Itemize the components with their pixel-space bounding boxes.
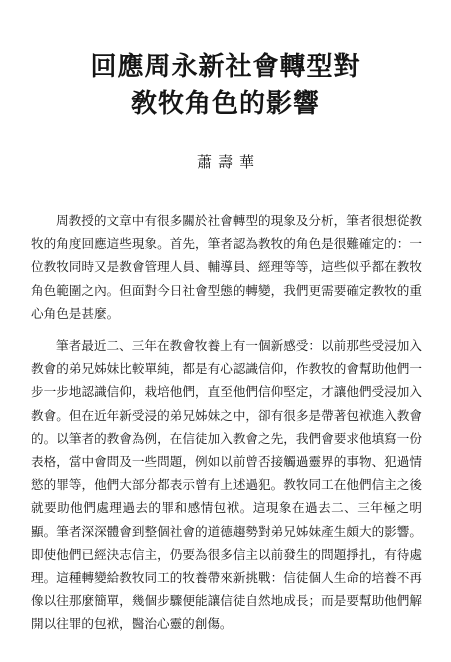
text-line: 慾的罪等，他們大部分都表示曾有上述過犯。教牧同工在他們信主之後 [31, 474, 422, 497]
text-line: 開以往罪的包袱，醫治心靈的創傷。 [31, 613, 422, 636]
text-line: 心角色是甚麼。 [31, 303, 422, 326]
text-line: 教會的弟兄姊妹比較單純，都是有心認識信仰，作教牧的會幫助他們一 [31, 358, 422, 381]
text-line: 顯。筆者深深體會到整個社會的道德趨勢對弟兄姊妹產生頗大的影響。 [31, 521, 422, 544]
text-line: 教會。但在近年新受浸的弟兄姊妹之中，卻有很多是帶著包袱進入教會 [31, 405, 422, 428]
text-line: 牧的角度回應這些現象。首先，筆者認為教牧的角色是很難確定的：一 [31, 233, 422, 256]
document-title: 回應周永新社會轉型對 敎牧角色的影響 [0, 48, 451, 122]
text-line: 位教牧同時又是教會管理人員、輔導員、經理等等，這些似乎都在教牧 [31, 256, 422, 279]
text-line: 理。這種轉變給教牧同工的牧養帶來新挑戰：信徒個人生命的培養不再 [31, 567, 422, 590]
text-line: 的。以筆者的教會為例，在信徒加入教會之先，我們會要求他填寫一份 [31, 428, 422, 451]
text-line: 筆者最近二、三年在教會牧養上有一個新感受：以前那些受浸加入 [31, 335, 422, 358]
title-line-1: 回應周永新社會轉型對 [0, 48, 451, 85]
author-name: 蕭壽華 [0, 151, 451, 172]
paragraph-2: 筆者最近二、三年在教會牧養上有一個新感受：以前那些受浸加入教會的弟兄姊妹比較單純… [31, 335, 422, 637]
text-line: 像以往那麼簡單，幾個步驟便能讓信徒自然地成長；而是要幫助他們解 [31, 590, 422, 613]
text-line: 步一步地認識信仰，栽培他們，直至他們信仰堅定，才讓他們受浸加入 [31, 381, 422, 404]
paragraph-1: 周教授的文章中有很多關於社會轉型的現象及分析，筆者很想從教牧的角度回應這些現象。… [31, 210, 422, 326]
text-line: 表格，當中會問及一些問題，例如以前曾否接觸過靈界的事物、犯過情 [31, 451, 422, 474]
document-page: 回應周永新社會轉型對 敎牧角色的影響 蕭壽華 周教授的文章中有很多關於社會轉型的… [0, 0, 451, 662]
text-line: 即使他們已經決志信主，仍要為很多信主以前發生的問題掙扎，有待處 [31, 544, 422, 567]
text-line: 就要助他們處理過去的罪和感情包袱。這現象在過去二、三年極之明 [31, 497, 422, 520]
text-line: 周教授的文章中有很多關於社會轉型的現象及分析，筆者很想從教 [31, 210, 422, 233]
text-line: 角色範圍之內。但面對今日社會型態的轉變，我們更需要確定教牧的重 [31, 280, 422, 303]
document-body: 周教授的文章中有很多關於社會轉型的現象及分析，筆者很想從教牧的角度回應這些現象。… [31, 210, 422, 637]
title-line-2: 敎牧角色的影響 [0, 85, 451, 122]
